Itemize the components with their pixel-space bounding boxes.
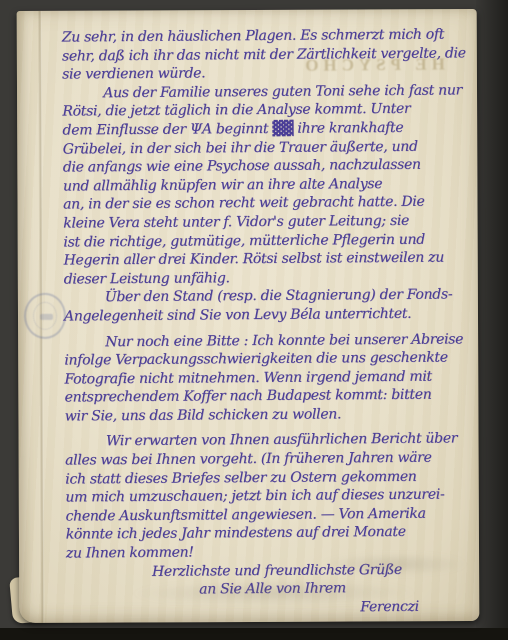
letter-line: an, in der sie es schon recht weit gebra… <box>63 193 473 215</box>
letter-body: Zu sehr, in den häuslichen Plagen. Es sc… <box>62 25 477 619</box>
letter-line: entsprechendem Koffer nach Budapest komm… <box>65 386 475 408</box>
letter-line: Angelegenheit sind Sie von Levy Béla unt… <box>64 304 474 326</box>
library-stamp-icon <box>24 293 66 339</box>
letter-line: die anfangs wie eine Psychose aussah, na… <box>63 155 473 177</box>
scanned-letter-page: HE PSYCHO Zu sehr, in den häuslichen Pla… <box>0 0 508 640</box>
letter-line: Über den Stand (resp. die Stagnierung) d… <box>105 286 474 307</box>
letter-paper: HE PSYCHO Zu sehr, in den häuslichen Pla… <box>17 9 480 623</box>
letter-line: sehr, daß ich ihr das nicht mit der Zärt… <box>62 44 472 66</box>
scanner-bed-band-bottom <box>0 628 508 640</box>
letter-line: Aus der Familie unseres guten Toni sehe … <box>103 81 472 102</box>
letter-line: Hegerin aller drei Kinder. Rötsi selbst … <box>63 248 473 270</box>
letter-line: Herzlichste und freundlichste Grüße <box>152 560 476 581</box>
letter-line: an Sie Alle von Ihrem <box>199 579 476 600</box>
letter-line: chende Auskunftsmittel angewiesen. — Von… <box>65 504 475 526</box>
letter-line: wir Sie, uns das Bild schicken zu wollen… <box>65 404 475 426</box>
scanner-bed-shadow-right <box>476 0 508 640</box>
signature: Ferenczi <box>360 597 476 617</box>
